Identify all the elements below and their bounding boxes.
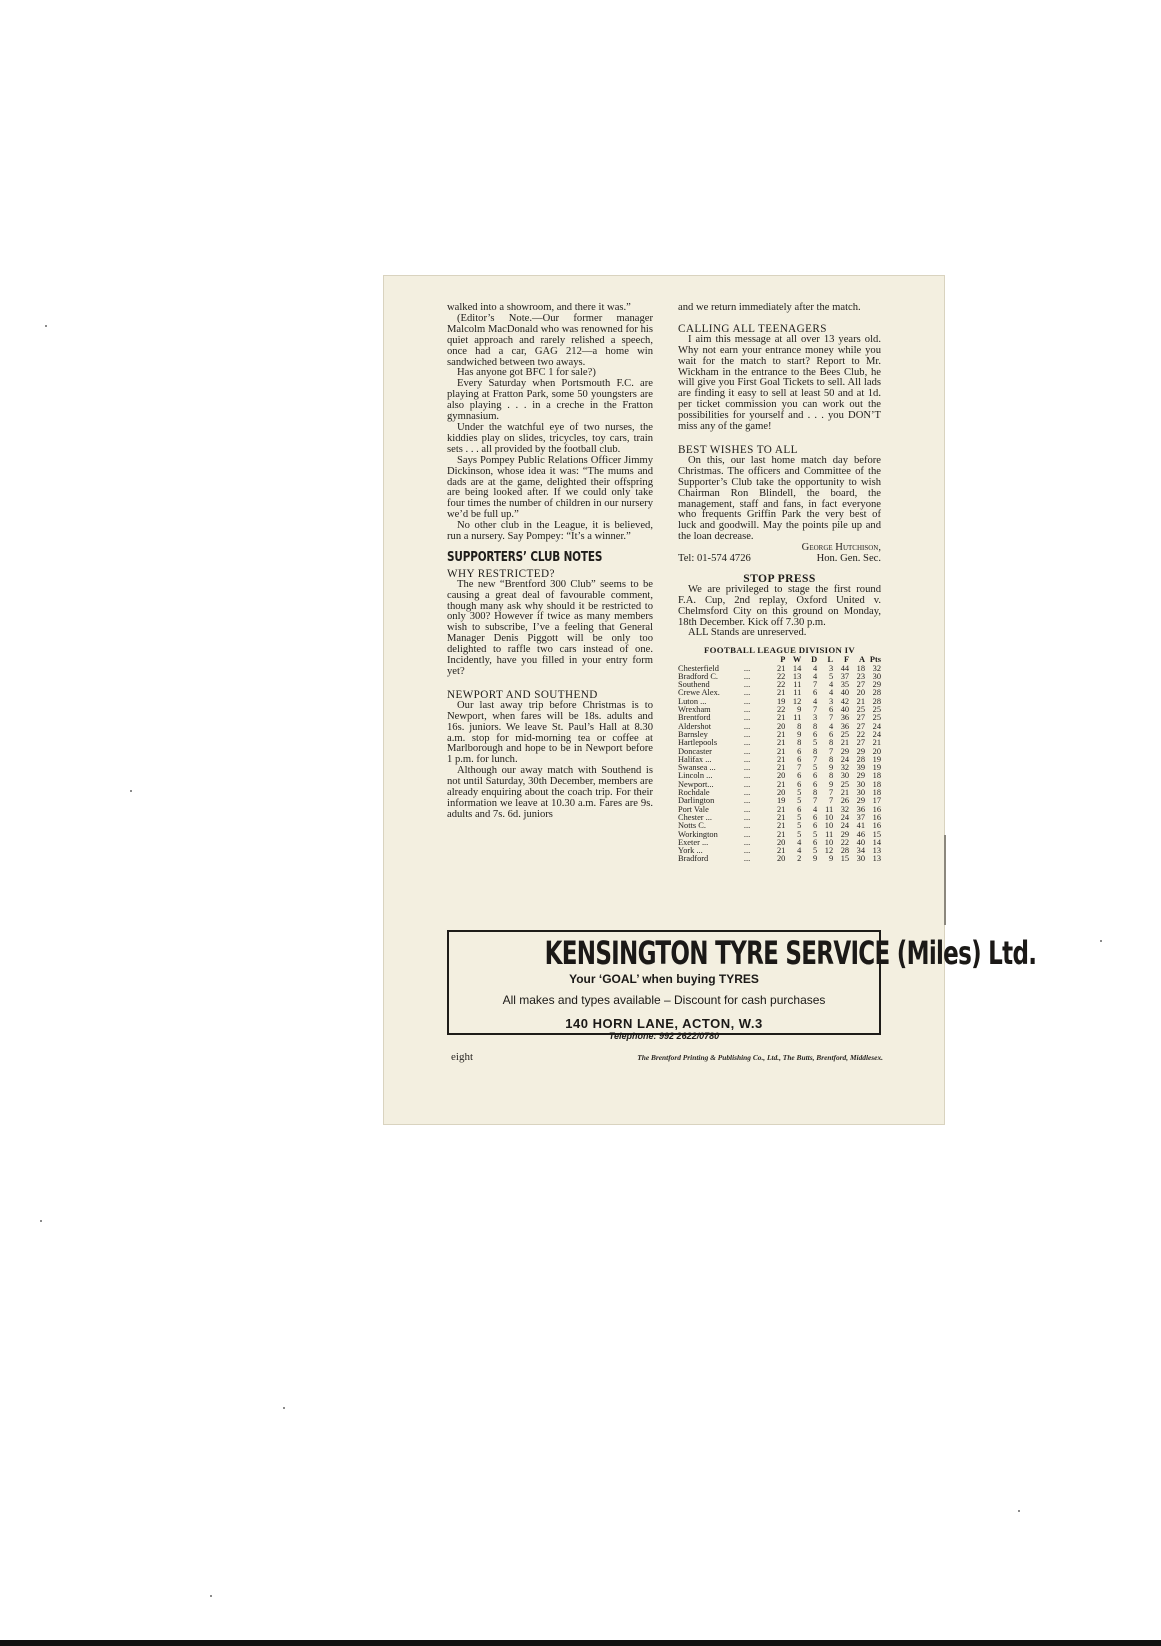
programme-page: walked into a showroom, and there it was…: [383, 275, 945, 1125]
newport-southend-body: Although our away match with Southend is…: [447, 766, 653, 821]
intro-paragraph: (Editor’s Note.—Our former manager Malco…: [447, 314, 653, 369]
stat-a: 30: [849, 855, 865, 863]
signature-line: Tel: 01-574 4726 Hon. Gen. Sec.: [678, 554, 881, 565]
stat-pts: 13: [865, 855, 881, 863]
scan-speck: [1100, 940, 1102, 942]
stat-f: 15: [833, 855, 849, 863]
why-restricted-body: The new “Brentford 300 Club” seems to be…: [447, 580, 653, 678]
advert-company-name: KENSINGTON TYRE SERVICE (Miles) Ltd.: [545, 934, 1037, 972]
page-footer: eight The Brentford Printing & Publishin…: [451, 1051, 883, 1063]
intro-paragraph: Says Pompey Public Relations Officer Jim…: [447, 456, 653, 521]
intro-paragraph: Under the watchful eye of two nurses, th…: [447, 423, 653, 456]
league-table-body: Chesterfield...211443441832Bradford C...…: [678, 665, 881, 864]
page-fold-mark: [944, 835, 946, 925]
advert-tagline: Your ‘GOAL’ when buying TYRES: [449, 972, 879, 986]
kensington-tyre-advert: KENSINGTON TYRE SERVICE (Miles) Ltd. You…: [447, 930, 881, 1035]
scan-speck: [130, 790, 132, 792]
supporters-club-heading: SUPPORTERS’ CLUB NOTES: [447, 553, 608, 564]
stat-w: 2: [785, 855, 801, 863]
intro-paragraph: Every Saturday when Portsmouth F.C. are …: [447, 379, 653, 423]
telephone-number: Tel: 01-574 4726: [678, 554, 751, 565]
stat-p: 20: [769, 855, 785, 863]
advert-telephone: Telephone: 992 2622/0780: [449, 1031, 879, 1041]
scan-edge-bar: [0, 1640, 1161, 1646]
left-column: walked into a showroom, and there it was…: [447, 303, 653, 821]
league-table: FOOTBALL LEAGUE DIVISION IV PWDLFAPts Ch…: [678, 645, 881, 863]
stop-press-body: We are privileged to stage the first rou…: [678, 585, 881, 629]
scan-speck: [283, 1407, 285, 1409]
advert-offer: All makes and types available – Discount…: [449, 993, 879, 1007]
scan-speck: [45, 325, 47, 327]
stat-d: 9: [801, 855, 817, 863]
signature-role: Hon. Gen. Sec.: [817, 554, 881, 565]
scan-speck: [1018, 1510, 1020, 1512]
printer-credit: The Brentford Printing & Publishing Co.,…: [637, 1053, 883, 1062]
table-row: Bradford...20299153013: [678, 855, 881, 863]
advert-address: 140 HORN LANE, ACTON, W.3: [449, 1016, 879, 1031]
teenagers-body: I aim this message at all over 13 years …: [678, 335, 881, 433]
league-table-grid: PWDLFAPts Chesterfield...211443441832Bra…: [678, 656, 881, 863]
right-column: and we return immediately after the matc…: [678, 303, 881, 864]
scan-speck: [210, 1595, 212, 1597]
best-wishes-body: On this, our last home match day before …: [678, 456, 881, 543]
stat-l: 9: [817, 855, 833, 863]
leader-dots: ...: [744, 855, 770, 863]
intro-paragraph: No other club in the League, it is belie…: [447, 521, 653, 543]
page-number: eight: [451, 1051, 473, 1063]
newport-southend-body: Our last away trip before Christmas is t…: [447, 701, 653, 766]
stop-press-note: ALL Stands are unreserved.: [678, 628, 881, 639]
continuation-text: and we return immediately after the matc…: [678, 303, 881, 314]
scan-speck: [40, 1220, 42, 1222]
team-name: Bradford: [678, 855, 744, 863]
